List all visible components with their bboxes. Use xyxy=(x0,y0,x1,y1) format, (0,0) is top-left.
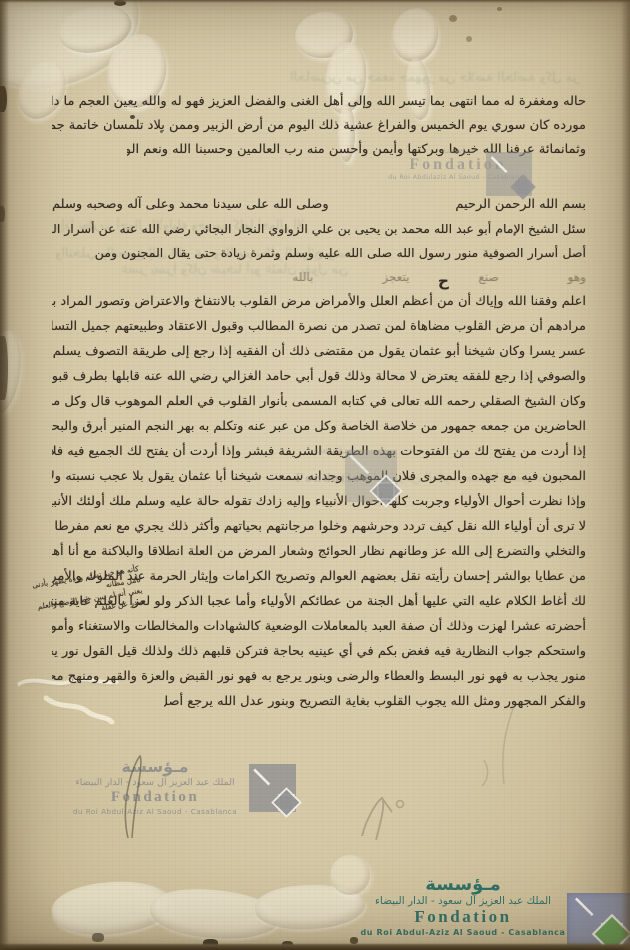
bleedthrough-line: الحاضرين من جمعه جمهور من خلاصة الخاصة و… xyxy=(290,70,580,85)
manuscript-line: والصوفي إذا رجع للفقه يعترض لا محالة وذل… xyxy=(52,364,586,388)
manuscript-line: أصل أسرار الصوفية منور رسول الله صلى الل… xyxy=(95,241,586,264)
scan-edge-right xyxy=(621,0,630,950)
pencil-mark xyxy=(470,700,530,790)
manuscript-line: أحضرته عشرا لهزت وذلك أن صفة العبد بالمع… xyxy=(52,614,586,638)
basmala-line: بسم الله الرحمن الرحيم وصلى الله على سيد… xyxy=(52,193,586,216)
basmala-left: وصلى الله على سيدنا محمد وعلى آله وصحبه … xyxy=(52,193,329,216)
eight-point-star-icon xyxy=(508,172,538,202)
scan-edge-top xyxy=(0,0,630,3)
manuscript-line: وكان الشيخ الصقلي رحمه الله تعالى في كتا… xyxy=(52,389,586,413)
manuscript-scan: الحاضرين من جمعه جمهور من خلاصة الخاصة و… xyxy=(0,0,630,950)
foundation-name-french: Fondation xyxy=(358,907,568,927)
watermark-bottom-left: مـؤسسة الملك عبد العزيز آل سعود - الدار … xyxy=(62,757,248,816)
stain-spot xyxy=(497,7,502,11)
manuscript-line: والتخلي والتضرع إلى الله عز وطانهم نظار … xyxy=(52,539,586,563)
ink-flourish xyxy=(116,752,150,842)
crease-blob xyxy=(330,855,370,895)
scan-edge-bottom xyxy=(0,943,630,950)
question-block: بسم الله الرحمن الرحيم وصلى الله على سيد… xyxy=(52,193,586,289)
manuscript-line: مرادهم أن مرض القلوب مضاهاة لمن تصدر من … xyxy=(52,314,586,338)
manuscript-line: واستحكم جواب النظارية فيه فغض بكم في أي … xyxy=(52,639,586,663)
foundation-stamp-color: مـؤسسة الملك عبد العزيز آل سعود - الدار … xyxy=(358,874,568,937)
edge-stain xyxy=(92,933,104,942)
manuscript-line: عسر يسرا وكان شيخنا أبو عثمان يقول من مق… xyxy=(52,339,586,363)
foundation-logo-square xyxy=(345,450,397,502)
diagonal-line-icon xyxy=(489,155,510,175)
manuscript-line: سئل الشيخ الإمام أبو عبد الله محمد بن يح… xyxy=(52,217,586,240)
stain-spot xyxy=(449,15,457,22)
scan-edge-left xyxy=(0,0,9,950)
manuscript-line: المحبون فيه مع جهده والمجرى فلان الموهب … xyxy=(52,464,586,488)
foundation-name-arabic: مـؤسسة xyxy=(358,874,568,895)
divider-glyph: ح xyxy=(438,272,449,290)
manuscript-line: لا ترى أن أولياء الله نقل كيف تردد وحرشه… xyxy=(52,514,586,538)
foundation-subtitle-french: du Roi Abdul-Aziz Al Saoud - Casablanca xyxy=(62,807,248,816)
manuscript-line: الحاضرين من جمعه جمهور من خلاصة الخاصة و… xyxy=(52,414,586,438)
foundation-logo-square xyxy=(249,764,296,812)
manuscript-line: حاله ومغفرة له مما انتهى بما تيسر الله و… xyxy=(52,90,586,113)
foundation-logo-square xyxy=(486,152,532,196)
manuscript-line: منور يجذب به فهو نور البسط والعطاء والرض… xyxy=(52,664,586,688)
foundation-subtitle-arabic: الملك عبد العزيز آل سعود - الدار البيضاء xyxy=(358,895,568,907)
manuscript-line: إذا أردت من يفتح لك من الفتوحات بهذه الط… xyxy=(52,439,586,463)
manuscript-line: اعلم وفقنا الله وإياك أن من أعظم العلل و… xyxy=(52,289,586,313)
foundation-subtitle-french: du Roi Abdul-Aziz Al Saoud - Casablanca xyxy=(358,928,568,937)
eight-point-star-icon xyxy=(368,473,404,509)
main-text-block: اعلم وفقنا الله وإياك أن من أعظم العلل و… xyxy=(52,289,586,714)
pencil-mark xyxy=(352,790,442,852)
manuscript-line: مورده كان سوري يوم الخميس والفراغ عشية ذ… xyxy=(52,114,586,137)
foundation-subtitle-arabic: الملك عبد العزيز آل سعود - الدار البيضاء xyxy=(62,777,248,788)
foundation-name-arabic: مـؤسسة xyxy=(62,757,248,776)
foundation-name-french: Fondation xyxy=(62,789,248,806)
manuscript-line: وإذا نظرت أحوال الأولياء وجربت كلها أحوا… xyxy=(52,489,586,513)
stain-spot xyxy=(466,36,472,42)
eight-point-star-icon xyxy=(270,786,303,819)
